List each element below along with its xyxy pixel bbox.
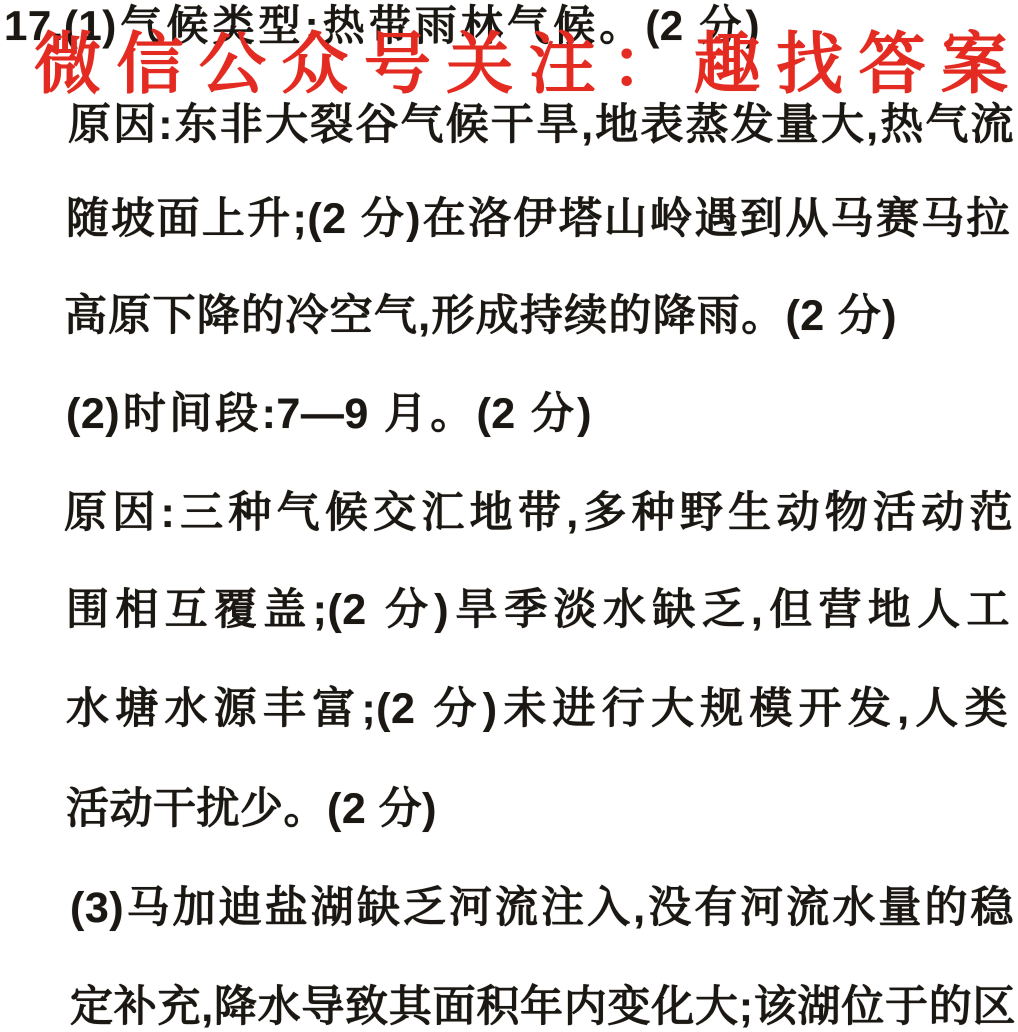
answer-line-reason-2c: 水塘水源丰富;(2 分)未进行大规模开发,人类	[66, 687, 1008, 733]
answer-line-q17-2: (2)时间段:7—9 月。(2 分)	[66, 392, 592, 438]
answer-line-q17-3b: 定补充,降水导致其面积年内变化大;该湖位于的区	[70, 985, 1016, 1031]
wechat-watermark-text: 微信公众号关注：趣找答案	[34, 31, 1008, 98]
answer-line-reason-1a: 原因:东非大裂谷气候干旱,地表蒸发量大,热气流	[68, 103, 1014, 149]
answer-line-reason-2b: 围相互覆盖;(2 分)旱季淡水缺乏,但营地人工	[66, 588, 1010, 634]
answer-sheet-page: 17.(1)气候类型:热带雨林气候。(2 分) 原因:东非大裂谷气候干旱,地表蒸…	[0, 0, 1018, 1032]
answer-line-reason-2a: 原因:三种气候交汇地带,多种野生动物活动范	[64, 491, 1013, 537]
answer-line-reason-1c: 高原下降的冷空气,形成持续的降雨。(2 分)	[64, 294, 897, 340]
answer-line-reason-2d: 活动干扰少。(2 分)	[66, 787, 426, 833]
answer-line-reason-1b: 随坡面上升;(2 分)在洛伊塔山岭遇到从马赛马拉	[66, 197, 1010, 243]
answer-line-q17-3a: (3)马加迪盐湖缺乏河流注入,没有河流水量的稳	[70, 886, 1014, 932]
